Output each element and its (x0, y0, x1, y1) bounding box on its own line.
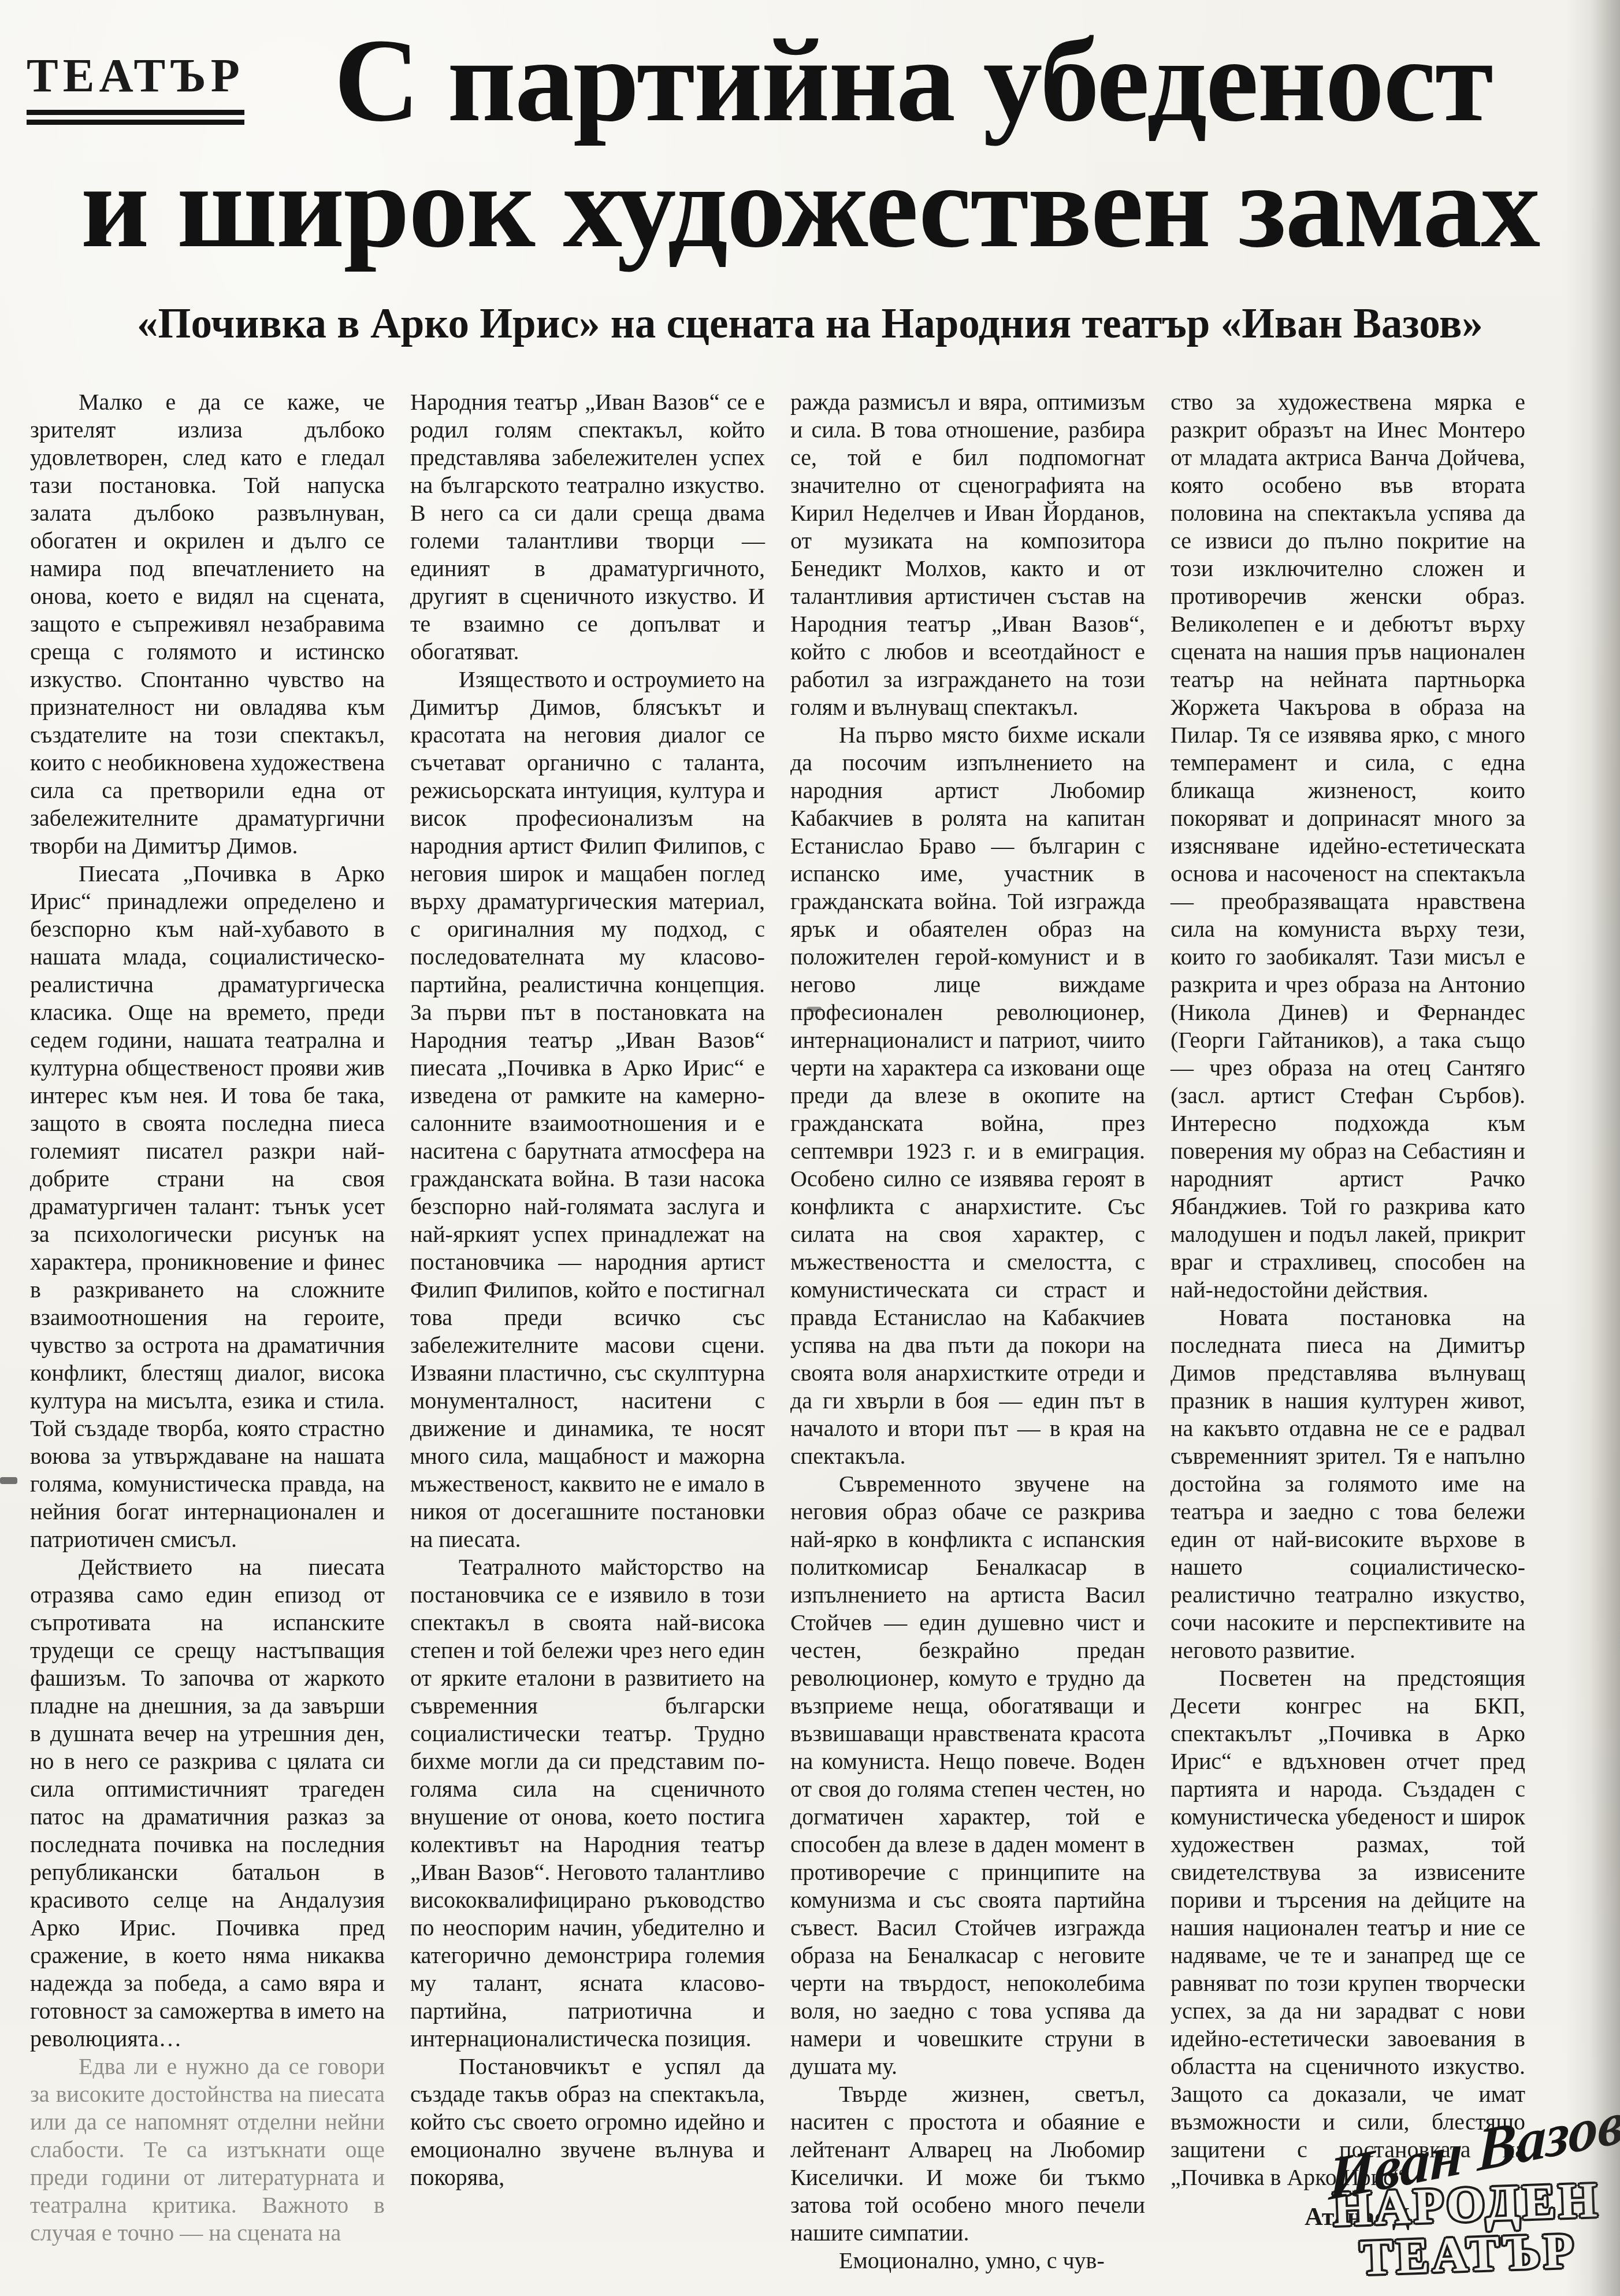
article-paragraph: Постановчикът е успял да създаде такъв о… (410, 2053, 765, 2191)
subhead: «Почивка в Арко Ирис» на сцената на Наро… (27, 299, 1593, 348)
article-body: Малко е да се каже, че зрителят излиза д… (0, 388, 1620, 2275)
article-paragraph: На първо място бихме искали да посочим и… (790, 721, 1145, 1470)
column-4: ство за художествена мярка е разкрит обр… (1171, 388, 1525, 2275)
article-paragraph: Народния театър „Иван Вазов“ се е родил … (410, 388, 765, 666)
column-2: Народния театър „Иван Вазов“ се е родил … (410, 388, 765, 2275)
page-edge-shadow (1565, 0, 1620, 2296)
scan-speck (0, 1477, 17, 1484)
section-kicker: ТЕАТЪР (27, 49, 244, 125)
column-3: ражда размисъл и вяра, оптимизъм и сила.… (790, 388, 1145, 2275)
article-paragraph: Изяществото и остроумието на Димитър Дим… (410, 666, 765, 1553)
article-paragraph: Новата постановка на последната пиеса на… (1171, 1304, 1525, 1664)
headline-line-2: и широк художествен замах (27, 146, 1593, 267)
article-paragraph: Театралното майсторство на постановчика … (410, 1553, 765, 2053)
scan-speck (807, 1007, 822, 1012)
column-1: Малко е да се каже, че зрителят излиза д… (30, 388, 385, 2275)
article-paragraph: Посветен на предстоящия Десети конгрес н… (1171, 1664, 1525, 2191)
headline-line-1: С партийна убеденост (244, 20, 1593, 141)
article-paragraph: ражда размисъл и вяра, оптимизъм и сила.… (790, 388, 1145, 721)
article-paragraph: Малко е да се каже, че зрителят излиза д… (30, 388, 385, 860)
article-paragraph: Пиесата „Почивка в Арко Ирис“ принадлежи… (30, 860, 385, 1553)
article-paragraph: Твърде жизнен, светъл, наситен с простот… (790, 2080, 1145, 2247)
article-paragraph: Съвременното звучене на неговия образ об… (790, 1470, 1145, 2080)
newspaper-page: { "header": { "kicker": "ТЕАТЪР", "title… (0, 0, 1620, 2296)
article-header: ТЕАТЪР С партийна убеденост и широк худо… (0, 0, 1620, 348)
article-paragraph: Действието на пиесата отразява само един… (30, 1553, 385, 2053)
article-paragraph: Едва ли е нужно да се говори за високите… (30, 2053, 385, 2247)
article-paragraph: Емоционално, умно, с чув- (790, 2247, 1145, 2275)
article-paragraph: ство за художествена мярка е разкрит обр… (1171, 388, 1525, 1304)
